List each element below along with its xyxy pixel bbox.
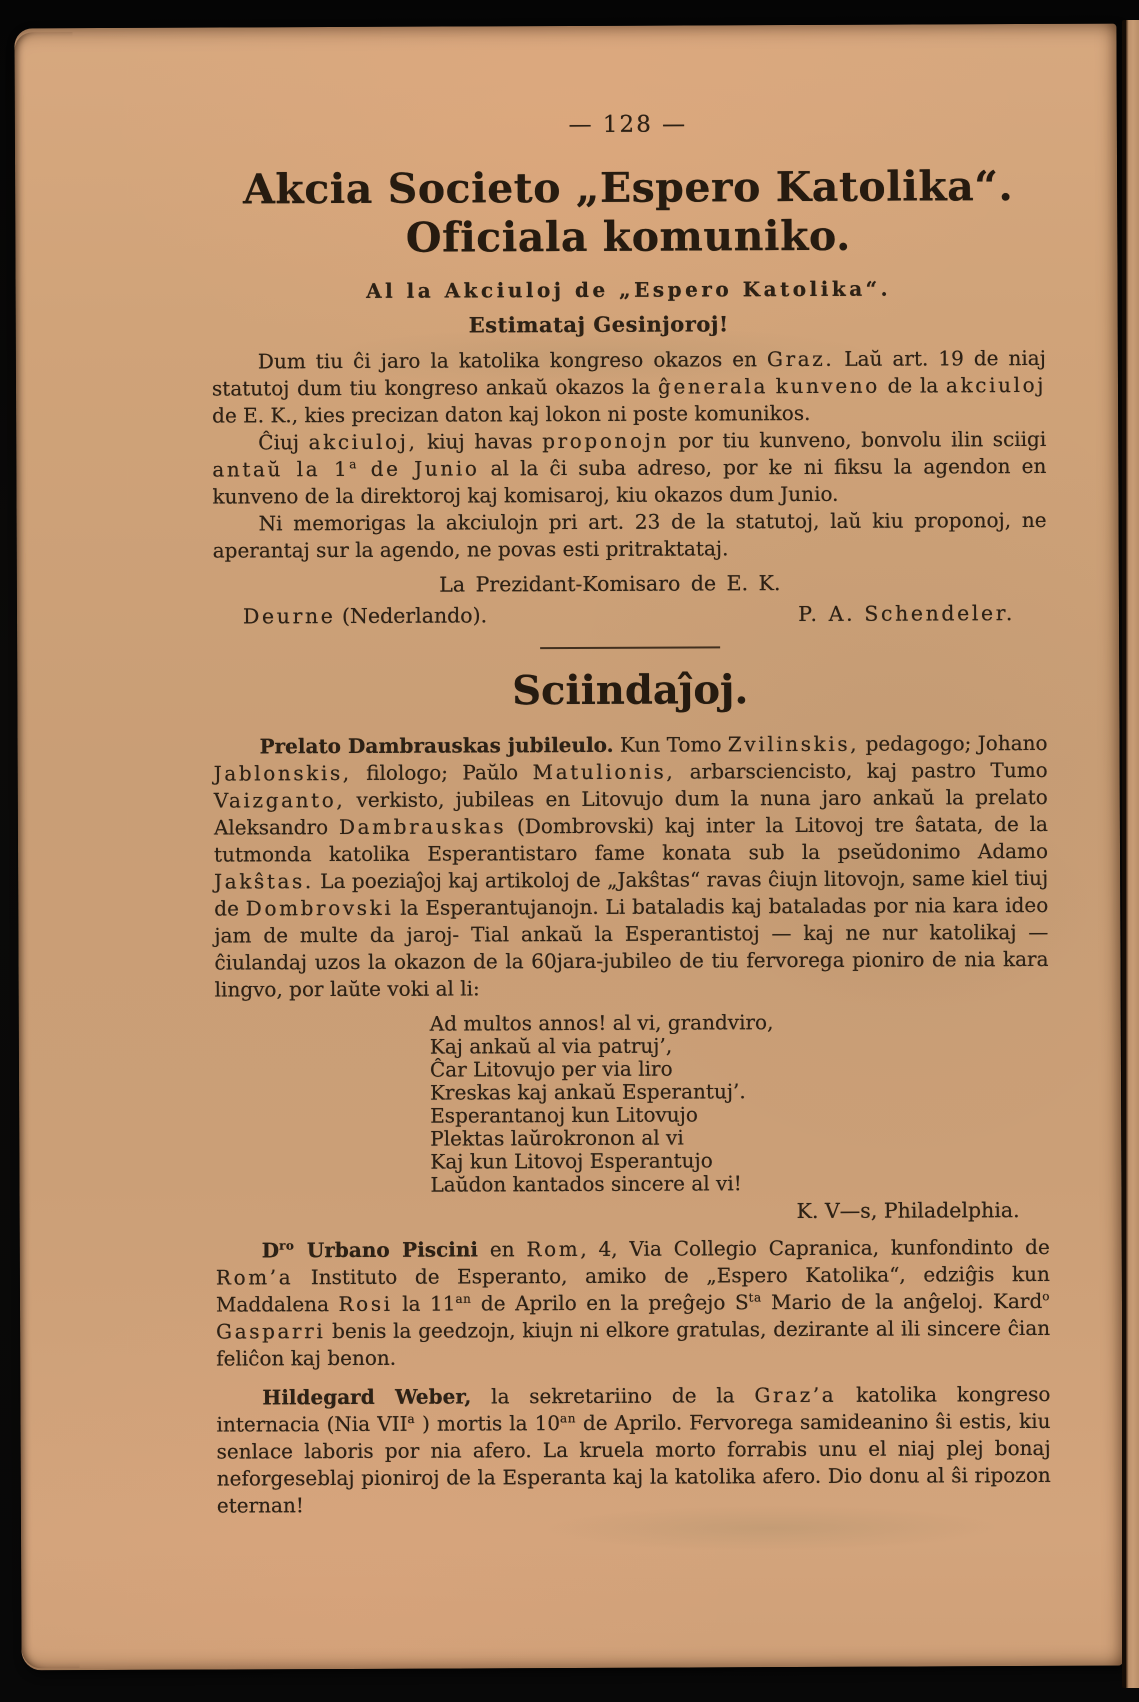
signature-name: P. A. Schendeler. — [798, 601, 1015, 626]
verse-line: Ĉar Litovujo per via liro — [430, 1056, 1049, 1082]
paragraph-proposals-deadline: Ĉiuj akciuloj, kiuj havas proponojn por … — [212, 426, 1046, 511]
article-title-line-2: Oficiala komuniko. — [211, 211, 1045, 264]
verse-line: Laŭdon kantados sincere al vi! — [430, 1171, 1049, 1197]
salutation-line: Al la Akciuloj de „Espero Katolika“. — [212, 276, 1046, 304]
adjacent-page-edge — [1122, 20, 1139, 1688]
section-divider — [540, 646, 720, 649]
article-title-line-1: Akcia Societo „Espero Katolika“. — [211, 162, 1045, 215]
verse-line: Plektas laŭrokronon al vi — [430, 1125, 1049, 1151]
book-page: — 128 — Akcia Societo „Espero Katolika“.… — [14, 24, 1123, 1671]
signature-row: Deurne (Nederlando). P. A. Schendeler. — [213, 601, 1047, 629]
signature-role-line: La Prezidant-Komisaro de E. K. — [213, 570, 1007, 597]
verse-line: Esperantanoj kun Litovujo — [430, 1102, 1049, 1128]
verse-line: Kaj kun Litovoj Esperantujo — [430, 1148, 1049, 1174]
paragraph-weber-obituary: Hildegard Weber, la sekretariino de la G… — [216, 1381, 1051, 1520]
section-heading-sciindajoj: Sciindaĵoj. — [213, 665, 1047, 716]
article-title: Akcia Societo „Espero Katolika“. Oficial… — [211, 162, 1045, 264]
page-content: — 128 — Akcia Societo „Espero Katolika“.… — [14, 24, 1123, 1671]
verse-line: Kaj ankaŭ al via patruj’, — [430, 1033, 1049, 1059]
verse-attribution: K. V—s, Philadelphia. — [216, 1198, 1050, 1226]
paragraph-congress-announcement: Dum tiu ĉi jaro la katolika kongreso oka… — [212, 345, 1046, 430]
book-scan-background: — 128 — Akcia Societo „Espero Katolika“.… — [0, 0, 1139, 1702]
paragraph-piscini-wedding: Dro Urbano Piscini en Rom, 4, Via Colleg… — [216, 1234, 1051, 1373]
page-number: — 128 — — [211, 110, 1045, 140]
greeting-line: Estimataj Gesinjoroj! — [212, 310, 986, 338]
verse-line: Ad multos annos! al vi, grandviro, — [430, 1010, 1049, 1036]
signature-place: Deurne (Nederlando). — [243, 603, 487, 628]
verse-line: Kreskas kaj ankaŭ Esperantuj’. — [430, 1079, 1049, 1105]
paragraph-dambrauskas-jubilee: Prelato Dambrauskas jubileulo. Kun Tomo … — [214, 730, 1049, 1004]
paragraph-statute-reminder: Ni memorigas la akciulojn pri art. 23 de… — [213, 507, 1047, 565]
jubilee-verse: Ad multos annos! al vi, grandviro, Kaj a… — [430, 1010, 1050, 1197]
